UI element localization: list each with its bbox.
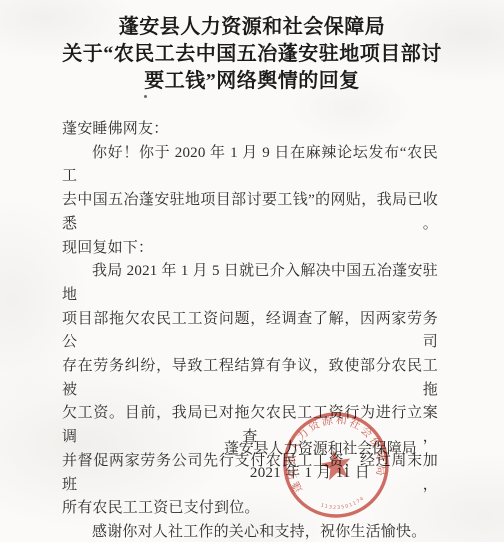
body-line: 你好！你于 2020 年 1 月 9 日在麻辣论坛发布“农民工 <box>62 142 438 189</box>
document-title: 蓬安县人力资源和社会保障局 关于“农民工去中国五冶蓬安驻地项目部讨 要工钱”网络… <box>0 14 504 95</box>
title-line-3: 要工钱”网络舆情的回复 <box>0 68 504 95</box>
body-line: 存在劳务纠纷，导致工程结算有争议，致使部分农民工被拖 <box>62 355 438 402</box>
stray-ink-dot <box>144 95 147 98</box>
body-line: 项目部拖欠农民工工资问题，经调查了解，因两家劳务公司 <box>62 308 438 355</box>
body-line: 我局 2021 年 1 月 5 日就已介入解决中国五冶蓬安驻地 <box>62 260 438 307</box>
scanned-document-page: 蓬安县人力资源和社会保障局 关于“农民工去中国五冶蓬安驻地项目部讨 要工钱”网络… <box>0 0 504 542</box>
title-line-1: 蓬安县人力资源和社会保障局 <box>0 14 504 41</box>
body-line: 感谢你对人社工作的关心和支持，祝你生活愉快。 <box>62 521 438 542</box>
official-seal: 蓬安县人力资源和社会保障局 5113235011748 <box>272 401 399 528</box>
body-line: 现回复如下： <box>62 237 438 261</box>
seal-star-icon <box>318 448 353 482</box>
salutation: 蓬安睡佛网友： <box>62 118 438 142</box>
title-line-2: 关于“农民工去中国五冶蓬安驻地项目部讨 <box>0 41 504 68</box>
body-line: 去中国五冶蓬安驻地项目部讨要工钱”的网贴，我局已收悉。 <box>62 189 438 236</box>
